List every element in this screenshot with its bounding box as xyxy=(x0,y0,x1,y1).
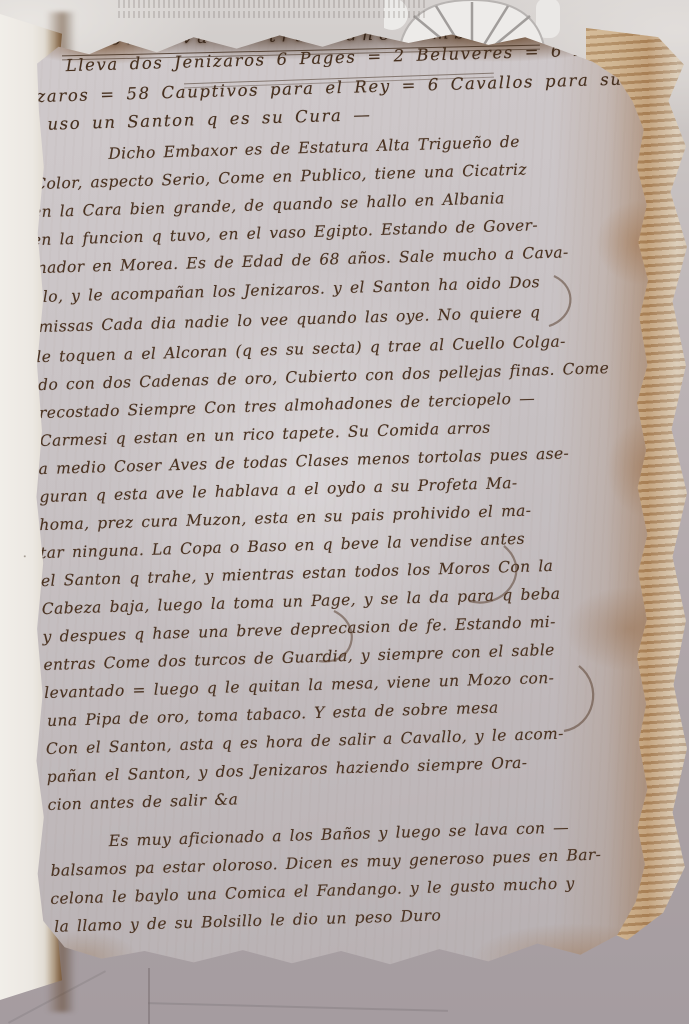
tile-grout-line xyxy=(148,968,150,1024)
text-line: missas Cada dia nadie lo vee quando las … xyxy=(38,305,540,335)
text-line: el Santon q trahe, y mientras estan todo… xyxy=(41,559,554,590)
text-line: Es muy aficionado a los Baños y luego se… xyxy=(108,821,569,850)
photo-of-manuscript: Comitiva q trae dho Embaxor 80 Lleva dos… xyxy=(0,0,689,1024)
text-line: cion antes de salir &a xyxy=(47,792,238,813)
text-line: Cabeza baja, luego la toma un Page, y se… xyxy=(42,587,561,618)
handwritten-text-block: Lleva dos Jenizaros 6 Pages = 2 Beluvere… xyxy=(25,9,667,969)
text-line: llo, y le acompañan los Jenizaros. y el … xyxy=(37,275,540,305)
text-line: levantado = luego q le quitan la mesa, v… xyxy=(44,671,554,702)
text-line: Con el Santon, asta q es hora de salir a… xyxy=(46,727,564,758)
text-line: y despues q hase una breve deprecasion d… xyxy=(42,615,556,646)
text-line: la llamo y de su Bolsillo le dio un peso… xyxy=(54,908,441,935)
text-line: Carmesi q estan en un rico tapete. Su Co… xyxy=(40,421,491,450)
text-line: en la funcion q tuvo, en el vaso Egipto.… xyxy=(32,218,539,249)
text-line: pañan el Santon, y dos Jenizaros haziend… xyxy=(47,756,528,786)
text-line: balsamos pa estar oloroso. Dicen es muy … xyxy=(50,848,601,880)
text-line: Dicho Embaxor es de Estatura Alta Trigue… xyxy=(108,135,520,163)
text-line: en la Cara bien grande, de quando se hal… xyxy=(32,191,505,221)
background-page-text xyxy=(118,0,428,20)
text-line: una Pipa de oro, toma tabaco. Y esta de … xyxy=(47,701,499,730)
tile-grout-line xyxy=(148,1002,448,1012)
text-line: zaros = 58 Cauptivos para el Rey = 6 Cav… xyxy=(36,72,622,106)
manuscript-page: Comitiva q trae dho Embaxor 80 Lleva dos… xyxy=(34,26,648,968)
text-line: Color, aspecto Serio, Come en Publico, t… xyxy=(34,162,527,192)
text-line: tar ninguna. La Copa o Baso en q beve la… xyxy=(40,532,525,562)
text-line: nador en Morea. Es de Edad de 68 años. S… xyxy=(36,245,568,276)
text-line: recostado Siempre Con tres almohadones d… xyxy=(39,391,536,421)
text-line: celona le baylo una Comica el Fandango. … xyxy=(50,876,575,907)
text-line: le toquen a el Alcoran (q es su secta) q… xyxy=(36,334,566,365)
text-line: homa, prez cura Muzon, esta en su pais p… xyxy=(39,504,532,534)
text-line: entras Come dos turcos de Guardia, y sie… xyxy=(43,643,555,674)
text-line: uso un Santon q es su Cura — xyxy=(47,107,371,133)
text-line: a medio Coser Aves de todas Clases menos… xyxy=(38,446,569,477)
text-line: guran q esta ave le hablava a el oydo a … xyxy=(39,476,517,506)
